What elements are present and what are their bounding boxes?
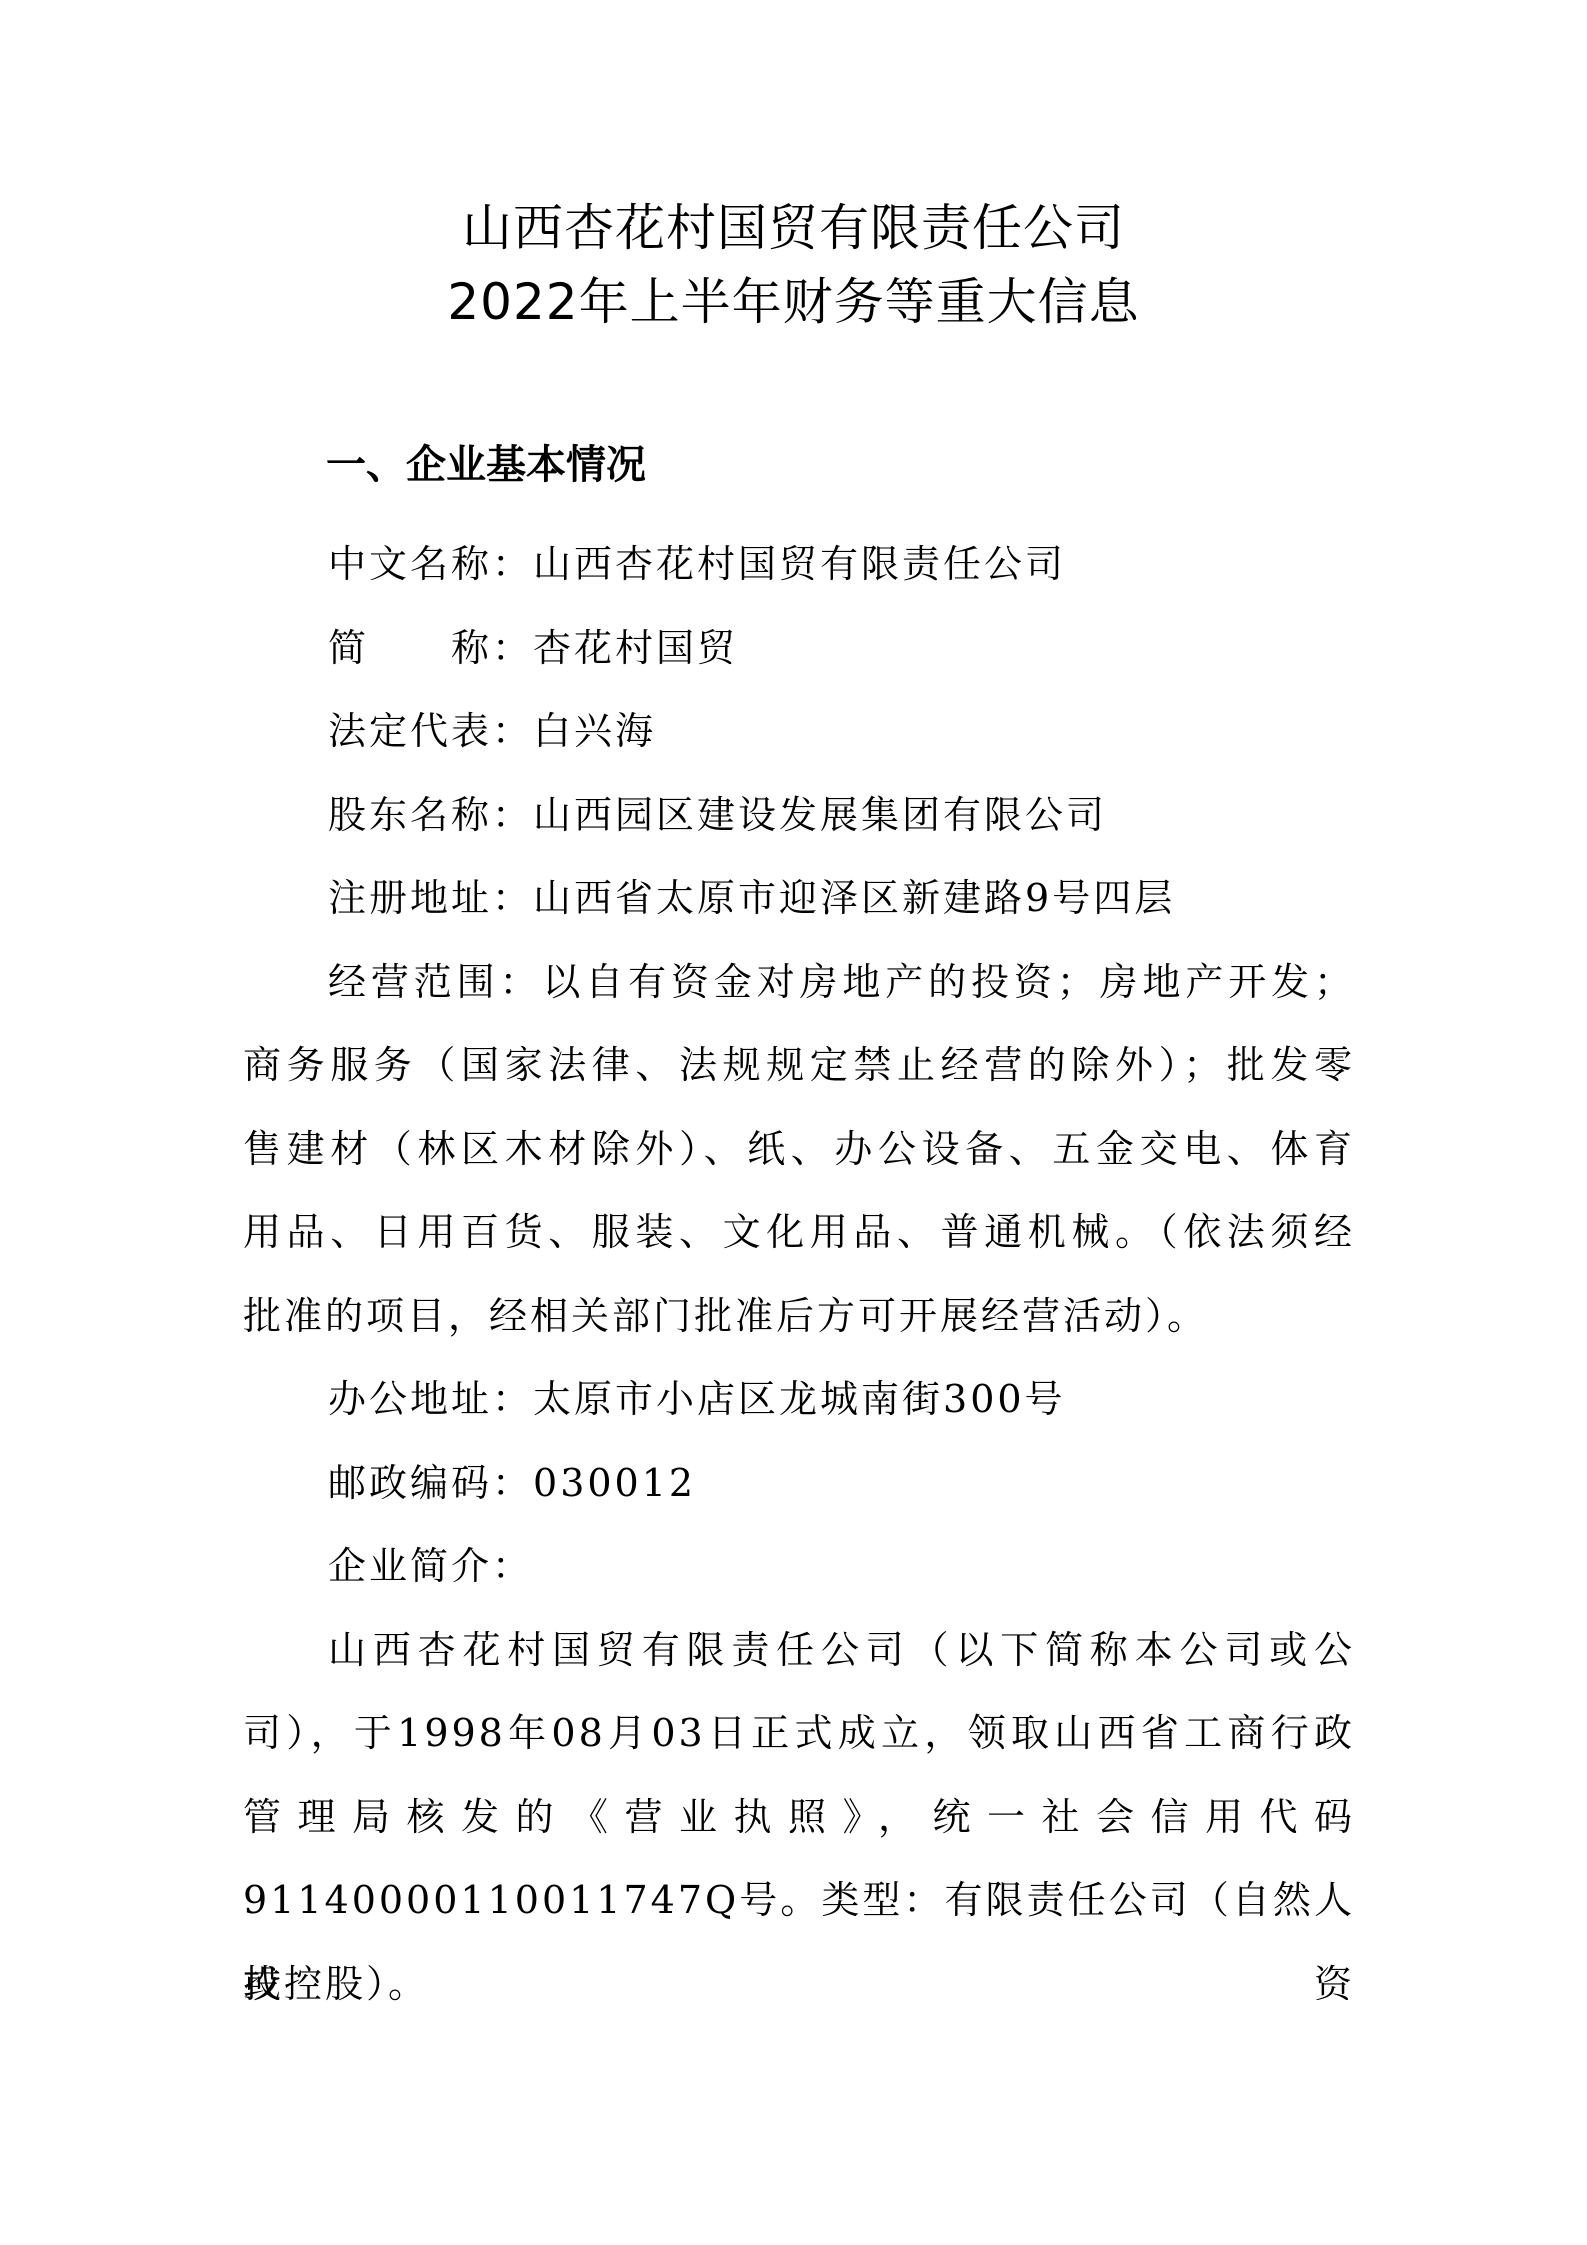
field-profile-label: 企业简介： bbox=[243, 1525, 1355, 1609]
field-label: 办公地址： bbox=[328, 1377, 533, 1421]
document-title-line1: 山西杏花村国贸有限责任公司 bbox=[0, 198, 1587, 258]
field-value: 山西园区建设发展集团有限公司 bbox=[533, 793, 1107, 837]
field-value: 白兴海 bbox=[533, 709, 656, 753]
field-shareholder: 股东名称：山西园区建设发展集团有限公司 bbox=[243, 774, 1355, 858]
field-chinese-name: 中文名称：山西杏花村国贸有限责任公司 bbox=[243, 523, 1355, 607]
business-scope-line: 批准的项目，经相关部门批准后方可开展经营活动）。 bbox=[243, 1275, 1355, 1359]
field-short-name: 简 称：杏花村国贸 bbox=[243, 607, 1355, 691]
basic-info-body: 中文名称：山西杏花村国贸有限责任公司 简 称：杏花村国贸 法定代表：白兴海 股东… bbox=[243, 523, 1355, 2026]
field-value: 太原市小店区龙城南街300号 bbox=[533, 1377, 1066, 1421]
business-scope-line: 经营范围：以自有资金对房地产的投资；房地产开发； bbox=[243, 941, 1355, 1025]
business-scope-line: 售建材（林区木材除外）、纸、办公设备、五金交电、体育 bbox=[243, 1108, 1355, 1192]
profile-line: 管理局核发的《营业执照》，统一社会信用代码 bbox=[243, 1776, 1355, 1860]
field-legal-representative: 法定代表：白兴海 bbox=[243, 690, 1355, 774]
field-value: 030012 bbox=[533, 1461, 696, 1505]
profile-line: 91140000110011747Q号。类型：有限责任公司（自然人投资 bbox=[243, 1859, 1355, 1943]
field-postal-code: 邮政编码：030012 bbox=[243, 1442, 1355, 1526]
business-scope-line: 用品、日用百货、服装、文化用品、普通机械。（依法须经 bbox=[243, 1191, 1355, 1275]
field-registered-address: 注册地址：山西省太原市迎泽区新建路9号四层 bbox=[243, 857, 1355, 941]
field-label: 中文名称： bbox=[328, 542, 533, 586]
field-office-address: 办公地址：太原市小店区龙城南街300号 bbox=[243, 1358, 1355, 1442]
field-value: 山西杏花村国贸有限责任公司 bbox=[533, 542, 1066, 586]
section-heading-basic-info: 一、企业基本情况 bbox=[326, 440, 646, 490]
field-label: 邮政编码： bbox=[328, 1461, 533, 1505]
document-title-line2: 2022年上半年财务等重大信息 bbox=[0, 272, 1587, 332]
business-scope-line: 商务服务（国家法律、法规规定禁止经营的除外）；批发零 bbox=[243, 1024, 1355, 1108]
field-label: 股东名称： bbox=[328, 793, 533, 837]
field-value: 山西省太原市迎泽区新建路9号四层 bbox=[533, 876, 1175, 920]
profile-line: 司），于1998年08月03日正式成立，领取山西省工商行政 bbox=[243, 1692, 1355, 1776]
field-label: 简 称： bbox=[328, 626, 533, 670]
field-label: 注册地址： bbox=[328, 876, 533, 920]
field-label: 法定代表： bbox=[328, 709, 533, 753]
profile-line: 山西杏花村国贸有限责任公司（以下简称本公司或公 bbox=[243, 1609, 1355, 1693]
field-value: 杏花村国贸 bbox=[533, 626, 738, 670]
document-page: 山西杏花村国贸有限责任公司 2022年上半年财务等重大信息 一、企业基本情况 中… bbox=[0, 0, 1587, 2245]
